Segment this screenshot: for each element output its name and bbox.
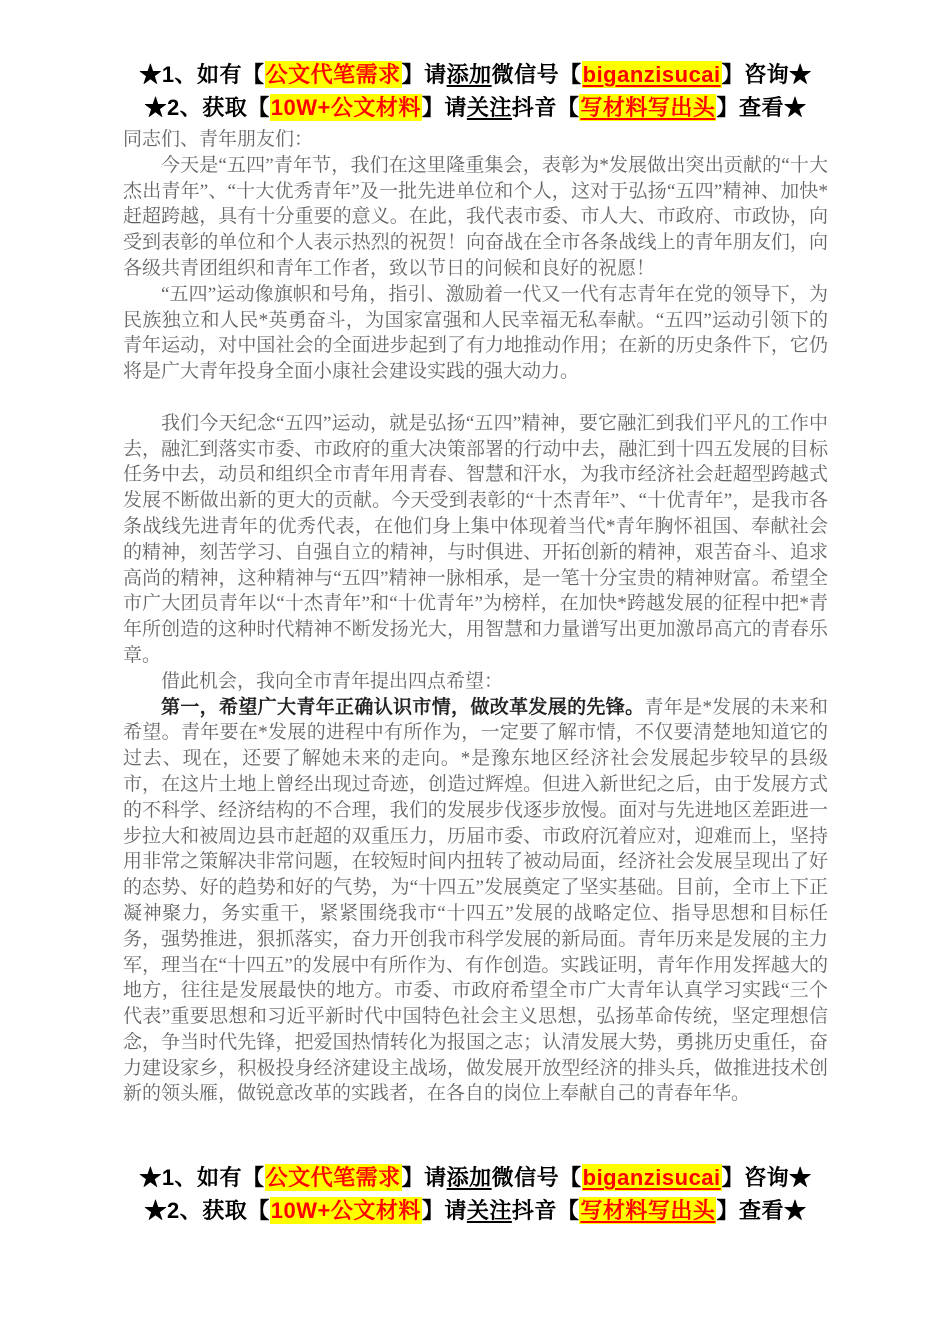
promo1b-mid2: 微信号【 (492, 1165, 582, 1190)
paragraph-opening: 今天是“五四”青年节，我们在这里隆重集会，表彰为*发展做出突出贡献的“十大杰出青… (123, 153, 828, 282)
point-1-body: 青年是*发展的未来和希望。青年要在*发展的进程中有所作为，一定要了解市情，不仅要… (123, 697, 828, 1105)
promo-line-2: ★2、获取【10W+公文材料】请关注抖音【写材料写出头】查看★ (123, 91, 828, 124)
promo2-suffix: 】查看★ (716, 95, 806, 120)
promo2b-highlight-materials: 10W+公文材料 (270, 1197, 422, 1224)
promo-line-1-bottom: ★1、如有【公文代笔需求】请添加微信号【biganzisucai】咨询★ (123, 1161, 828, 1194)
promo2b-prefix: ★2、获取【 (145, 1198, 270, 1223)
promo1-suffix: 】咨询★ (722, 62, 812, 87)
promo2-mid1: 】请 (422, 95, 467, 120)
promo2-mid2: 抖音【 (512, 95, 580, 120)
blank-line (123, 385, 828, 411)
promo1-mid2: 微信号【 (492, 62, 582, 87)
promo1-highlight-service: 公文代笔需求 (265, 61, 402, 88)
promo1b-highlight-wechat-id: biganzisucai (582, 1164, 722, 1191)
promo2-prefix: ★2、获取【 (145, 95, 270, 120)
promo2-highlight-douyin-id: 写材料写出头 (579, 94, 716, 121)
promo2b-underline-follow: 关注 (467, 1198, 512, 1223)
promo1b-underline-add: 添加 (447, 1165, 492, 1190)
promo1-prefix: ★1、如有【 (139, 62, 264, 87)
paragraph-point-1: 第一，希望广大青年正确认识市情，做改革发展的先锋。青年是*发展的未来和希望。青年… (123, 695, 828, 1108)
promo-banner-top: ★1、如有【公文代笔需求】请添加微信号【biganzisucai】咨询★ ★2、… (123, 58, 828, 124)
paragraph-four-hopes-intro: 借此机会，我向全市青年提出四点希望： (123, 669, 828, 695)
promo-line-2-bottom: ★2、获取【10W+公文材料】请关注抖音【写材料写出头】查看★ (123, 1194, 828, 1227)
promo1b-highlight-service: 公文代笔需求 (265, 1164, 402, 1191)
promo-banner-bottom: ★1、如有【公文代笔需求】请添加微信号【biganzisucai】咨询★ ★2、… (123, 1161, 828, 1227)
promo2-highlight-materials: 10W+公文材料 (270, 94, 422, 121)
paragraph-wusi-movement: “五四”运动像旗帜和号角，指引、激励着一代又一代有志青年在党的领导下，为民族独立… (123, 282, 828, 385)
promo2b-mid2: 抖音【 (512, 1198, 580, 1223)
document-page: ★1、如有【公文代笔需求】请添加微信号【biganzisucai】咨询★ ★2、… (0, 0, 950, 1344)
promo1-mid1: 】请 (402, 62, 447, 87)
promo-line-1: ★1、如有【公文代笔需求】请添加微信号【biganzisucai】咨询★ (123, 58, 828, 91)
promo2b-suffix: 】查看★ (716, 1198, 806, 1223)
promo2b-highlight-douyin-id: 写材料写出头 (579, 1197, 716, 1224)
promo1-underline-add: 添加 (447, 62, 492, 87)
promo1-highlight-wechat-id: biganzisucai (582, 61, 722, 88)
promo1b-prefix: ★1、如有【 (139, 1165, 264, 1190)
paragraph-commemorate: 我们今天纪念“五四”运动，就是弘扬“五四”精神，要它融汇到我们平凡的工作中去，融… (123, 411, 828, 669)
promo1b-mid1: 】请 (402, 1165, 447, 1190)
promo2b-mid1: 】请 (422, 1198, 467, 1223)
point-1-lead: 第一，希望广大青年正确认识市情，做改革发展的先锋。 (161, 697, 644, 718)
salutation: 同志们、青年朋友们： (123, 127, 828, 153)
promo1b-suffix: 】咨询★ (722, 1165, 812, 1190)
promo2-underline-follow: 关注 (467, 95, 512, 120)
speech-body: 同志们、青年朋友们： 今天是“五四”青年节，我们在这里隆重集会，表彰为*发展做出… (123, 127, 828, 1107)
